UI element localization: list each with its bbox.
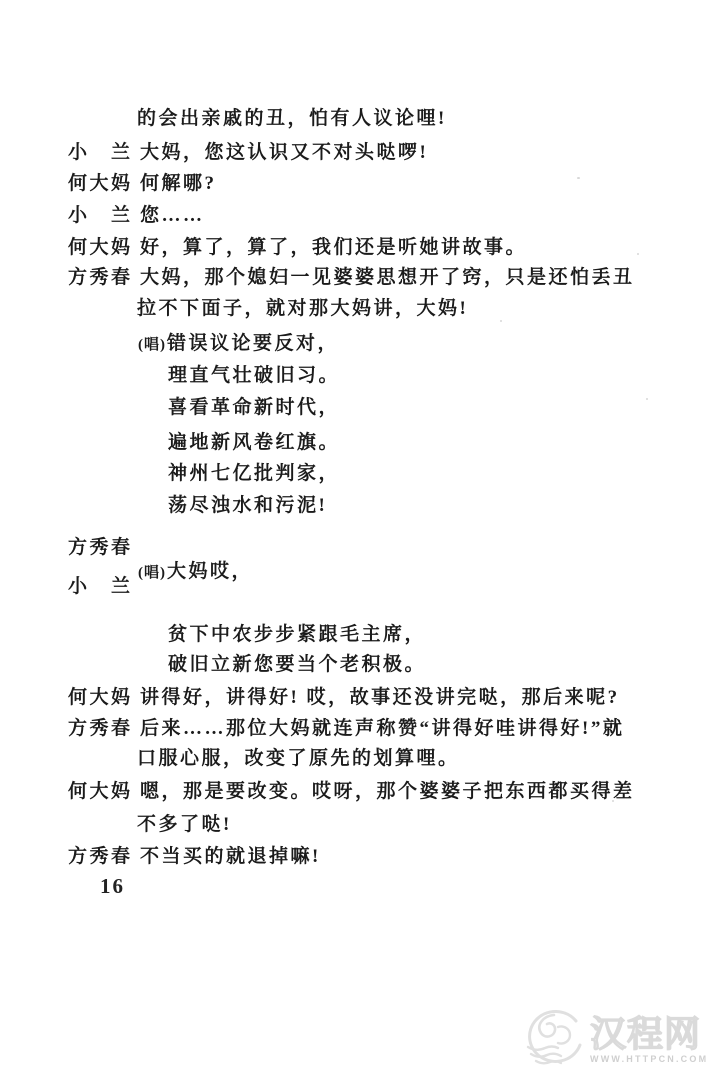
page-number: 16 [100,874,125,899]
dialogue-text: 大妈，那个媳妇一见婆婆思想开了窍，只是还怕丢丑 [140,264,635,291]
speaker-label: 小 兰 [68,139,133,166]
script-line: 何大妈 讲得好，讲得好! 哎，故事还没讲完哒，那后来呢? [0,684,710,711]
speaker-label: 小 兰 [68,202,133,229]
script-line: 方秀春 大妈，那个媳妇一见婆婆思想开了窍，只是还怕丢丑 [0,264,710,291]
script-line: 拉不下面子，就对那大妈讲，大妈! [0,295,710,322]
script-line: 方秀春 后来……那位大妈就连声称赞“讲得好哇讲得好!”就 [0,715,710,742]
script-line: 方秀春 [0,534,710,561]
script-line: 不多了哒! [0,811,710,838]
dialogue-text: 不当买的就退掉嘛! [140,843,321,870]
script-line: 何大妈 好，算了，算了，我们还是听她讲故事。 [0,234,710,261]
speaker-label: 方秀春 [68,843,133,870]
speaker-label: 何大妈 [68,170,133,197]
dialogue-text: 拉不下面子，就对那大妈讲，大妈! [137,295,468,322]
script-line: 何大妈 嗯，那是要改变。哎呀，那个婆婆子把东西都买得差 [0,778,710,805]
dialogue-text: 不多了哒! [137,811,232,838]
dialogue-text: 嗯，那是要改变。哎呀，那个婆婆子把东西都买得差 [140,778,635,805]
watermark: 汉程网 WWW.HTTPCN.COM [518,1002,708,1076]
lyric-text: 神州七亿批判家， [168,460,340,487]
watermark-site-name: 汉程网 [590,1015,701,1053]
script-line: 神州七亿批判家， [0,460,710,487]
dialogue-text: 何解哪? [140,170,217,197]
lyric-text: 错误议论要反对， [167,330,339,357]
speaker-label: 何大妈 [68,684,133,711]
speaker-label: 何大妈 [68,234,133,261]
scan-noise [646,398,648,400]
script-line: (唱)错误议论要反对， [0,330,710,357]
script-line: 荡尽浊水和污泥! [0,492,710,519]
script-line: 小 兰 [0,573,710,600]
dialogue-text: 您…… [140,202,205,229]
script-line: 贫下中农步步紧跟毛主席， [0,621,710,648]
lyric-text: 破旧立新您要当个老积极。 [168,651,426,678]
script-line: 遍地新风卷红旗。 [0,429,710,456]
script-line: 何大妈 何解哪? [0,170,710,197]
scanned-script-page: 的会出亲戚的丑，怕有人议论哩! 小 兰 大妈，您这认识又不对头哒啰! 何大妈 何… [0,0,710,1079]
lyric-text: 贫下中农步步紧跟毛主席， [168,621,426,648]
sung-cue: (唱) [138,332,167,359]
script-line: 方秀春 不当买的就退掉嘛! [0,843,710,870]
script-line: 理直气壮破旧习。 [0,362,710,389]
script-line: 破旧立新您要当个老积极。 [0,651,710,678]
speaker-label: 方秀春 [68,264,133,291]
scan-noise [612,800,614,802]
scan-noise [637,253,639,255]
dragon-logo-icon [518,1005,588,1073]
script-line: 小 兰 大妈，您这认识又不对头哒啰! [0,139,710,166]
script-line: 小 兰 您…… [0,202,710,229]
script-line: 口服心服，改变了原先的划算哩。 [0,745,710,772]
dialogue-text: 讲得好，讲得好! 哎，故事还没讲完哒，那后来呢? [140,684,620,711]
dialogue-text: 的会出亲戚的丑，怕有人议论哩! [137,105,447,132]
lyric-text: 荡尽浊水和污泥! [168,492,327,519]
lyric-text: 喜看革命新时代， [168,394,340,421]
watermark-site-url: WWW.HTTPCN.COM [590,1054,708,1064]
dialogue-text: 后来……那位大妈就连声称赞“讲得好哇讲得好!”就 [140,715,624,742]
dialogue-text: 大妈，您这认识又不对头哒啰! [140,139,428,166]
speaker-label: 方秀春 [68,534,133,561]
script-line: 的会出亲戚的丑，怕有人议论哩! [0,105,710,132]
dialogue-text: 好，算了，算了，我们还是听她讲故事。 [140,234,527,261]
script-line: 喜看革命新时代， [0,394,710,421]
speaker-label: 方秀春 [68,715,133,742]
lyric-text: 理直气壮破旧习。 [168,362,340,389]
speaker-label: 何大妈 [68,778,133,805]
dialogue-text: 口服心服，改变了原先的划算哩。 [137,745,460,772]
scan-noise [500,320,502,322]
lyric-text: 遍地新风卷红旗。 [168,429,340,456]
scan-noise [577,177,580,179]
speaker-label: 小 兰 [68,573,133,600]
